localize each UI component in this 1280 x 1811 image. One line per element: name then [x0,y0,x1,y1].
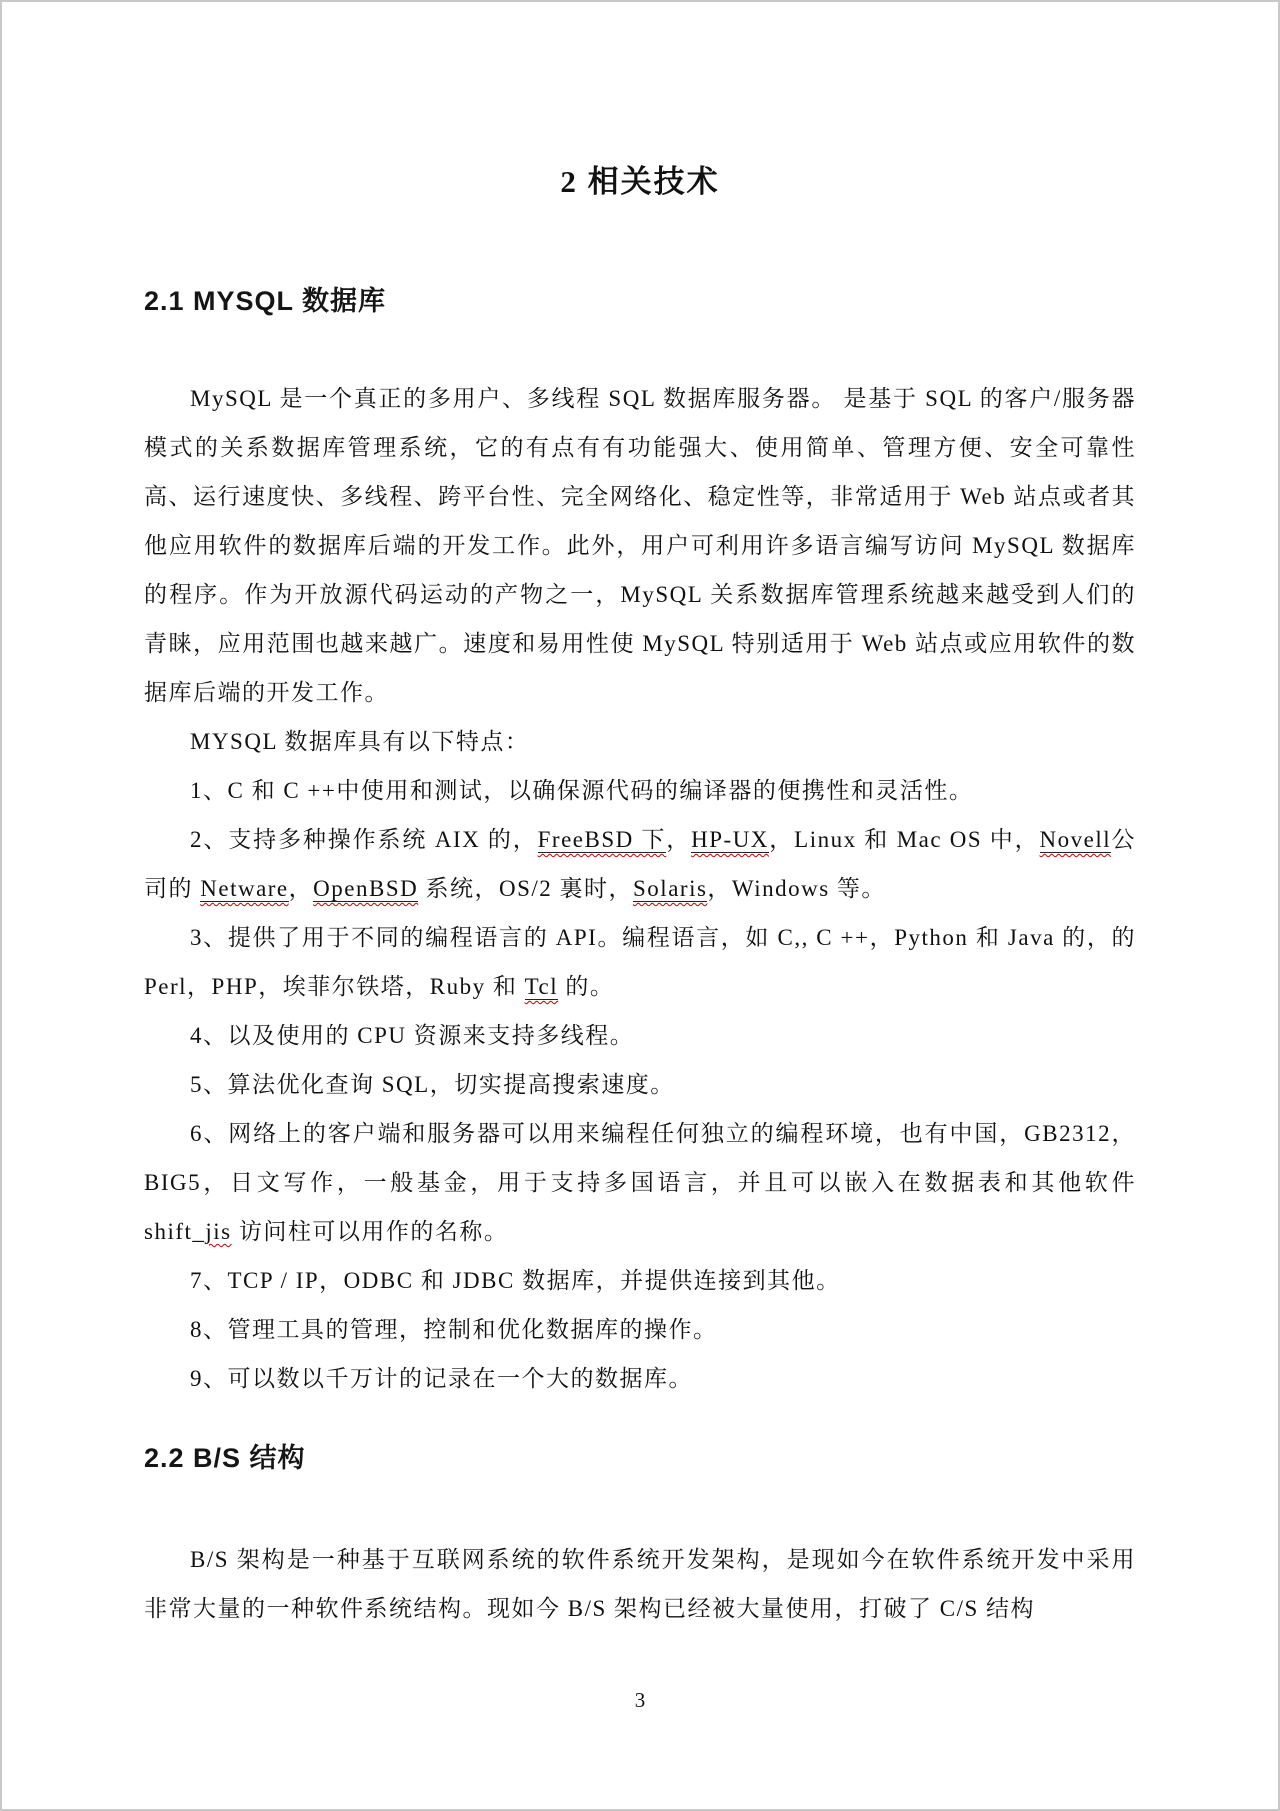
text-run: 5、算法优化查询 SQL，切实提高搜索速度。 [190,1072,675,1097]
text-run: 8、管理工具的管理，控制和优化数据库的操作。 [190,1317,718,1342]
paragraph: 4、以及使用的 CPU 资源来支持多线程。 [144,1011,1136,1060]
misspelled-word: Tcl [525,974,559,1000]
text-run: MYSQL 数据库具有以下特点： [190,729,529,754]
text-run: 9、可以数以千万计的记录在一个大的数据库。 [190,1366,693,1391]
text-run: 系统，OS/2 裏时， [418,876,633,901]
paragraph: MYSQL 数据库具有以下特点： [144,717,1136,766]
section-body-bs-structure: B/S 架构是一种基于互联网系统的软件系统开发架构，是现如今在软件系统开发中采用… [144,1535,1136,1633]
misspelled-word: HP-UX [691,827,769,853]
paragraph: 6、网络上的客户端和服务器可以用来编程任何独立的编程环境，也有中国，GB2312… [144,1109,1136,1256]
chapter-title: 2 相关技术 [2,158,1278,206]
paragraph: MySQL 是一个真正的多用户、多线程 SQL 数据库服务器。 是基于 SQL … [144,374,1136,717]
paragraph: 3、提供了用于不同的编程语言的 API。编程语言，如 C,, C ++，Pyth… [144,913,1136,1011]
text-run: 1、C 和 C ++中使用和测试，以确保源代码的编译器的便携性和灵活性。 [190,778,973,803]
page-number: 3 [2,1688,1278,1713]
text-run: ， [289,876,314,901]
paragraph: 8、管理工具的管理，控制和优化数据库的操作。 [144,1305,1136,1354]
text-run: MySQL 是一个真正的多用户、多线程 SQL 数据库服务器。 是基于 SQL … [144,386,1136,705]
misspelled-word: Netware [200,876,288,902]
section-mysql: 2.1 MYSQL 数据库 MySQL 是一个真正的多用户、多线程 SQL 数据… [144,282,1136,1403]
paragraph: 9、可以数以千万计的记录在一个大的数据库。 [144,1354,1136,1403]
paragraph: 5、算法优化查询 SQL，切实提高搜索速度。 [144,1060,1136,1109]
section-bs-structure: 2.2 B/S 结构 B/S 架构是一种基于互联网系统的软件系统开发架构，是现如… [144,1439,1136,1633]
text-run: 的。 [558,974,614,999]
section-heading-mysql: 2.1 MYSQL 数据库 [144,282,1136,320]
document-page: 2 相关技术 2.1 MYSQL 数据库 MySQL 是一个真正的多用户、多线程… [0,0,1280,1811]
paragraph: 2、支持多种操作系统 AIX 的，FreeBSD 下，HP-UX，Linux 和… [144,815,1136,913]
misspelled-word: jis [205,1219,231,1244]
text-run: ，Windows 等。 [707,876,886,901]
section-heading-bs-structure: 2.2 B/S 结构 [144,1439,1136,1477]
text-run: ，Linux 和 Mac OS 中， [769,827,1040,852]
misspelled-word: Solaris [633,876,707,902]
text-run: 4、以及使用的 CPU 资源来支持多线程。 [190,1023,634,1048]
misspelled-word: OpenBSD [313,876,418,902]
text-run: 访问柱可以用作的名称。 [232,1219,509,1244]
text-run: ， [666,827,691,852]
paragraph: 7、TCP / IP，ODBC 和 JDBC 数据库，并提供连接到其他。 [144,1256,1136,1305]
text-run: 2、支持多种操作系统 AIX 的， [190,827,538,852]
section-body-mysql: MySQL 是一个真正的多用户、多线程 SQL 数据库服务器。 是基于 SQL … [144,374,1136,1403]
text-run: 7、TCP / IP，ODBC 和 JDBC 数据库，并提供连接到其他。 [190,1268,841,1293]
misspelled-word: FreeBSD 下 [538,827,667,853]
text-run: B/S 架构是一种基于互联网系统的软件系统开发架构，是现如今在软件系统开发中采用… [144,1547,1136,1621]
text-run: 3、提供了用于不同的编程语言的 API。编程语言，如 C,, C ++，Pyth… [144,925,1143,999]
paragraph: 1、C 和 C ++中使用和测试，以确保源代码的编译器的便携性和灵活性。 [144,766,1136,815]
page-content: 2.1 MYSQL 数据库 MySQL 是一个真正的多用户、多线程 SQL 数据… [2,282,1278,1633]
paragraph: B/S 架构是一种基于互联网系统的软件系统开发架构，是现如今在软件系统开发中采用… [144,1535,1136,1633]
misspelled-word: Novell [1040,827,1112,853]
